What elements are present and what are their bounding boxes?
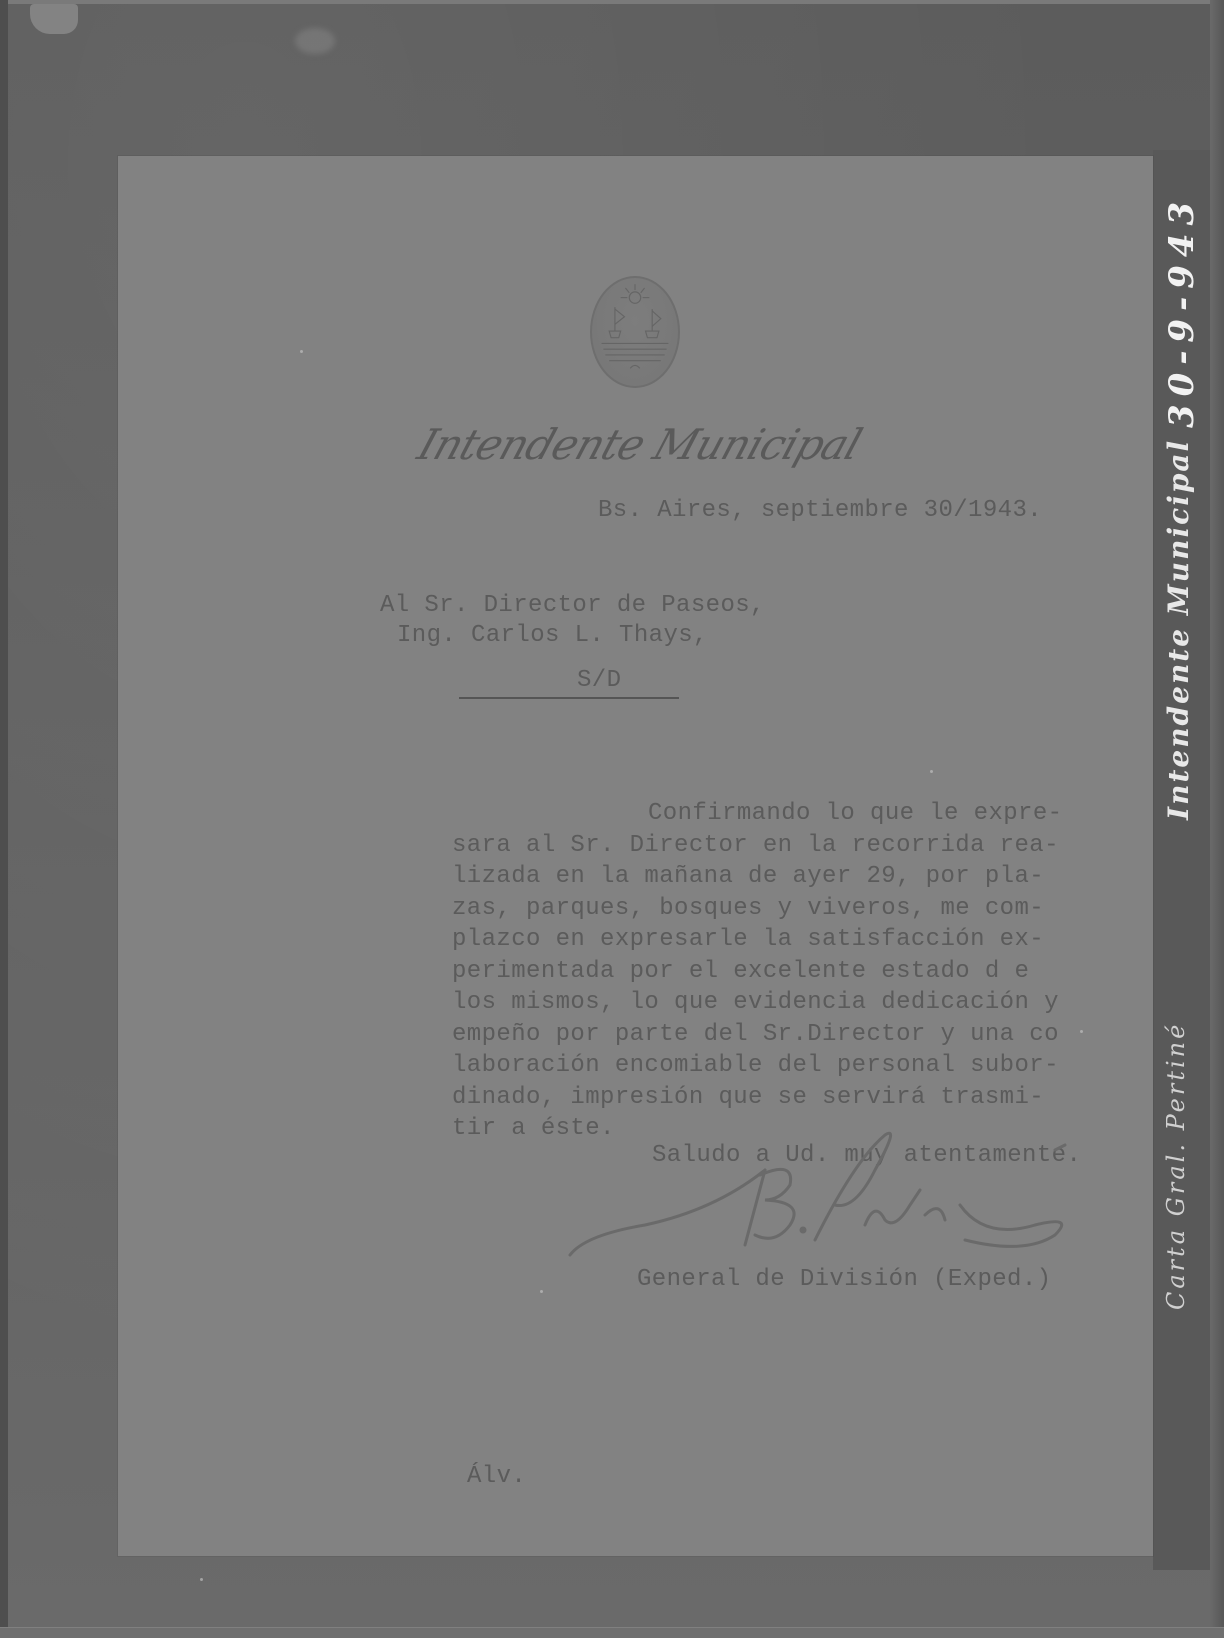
margin-annotation-title: Intendente Municipal bbox=[1162, 480, 1202, 820]
body-line: los mismos, lo que evidencia dedicación … bbox=[452, 987, 1092, 1019]
date-line: Bs. Aires, septiembre 30/1943. bbox=[598, 497, 1042, 524]
film-edge-right bbox=[1210, 0, 1224, 1638]
letter-body: Confirmando lo que le expre- sara al Sr.… bbox=[452, 798, 1092, 1145]
body-line: empeño por parte del Sr.Director y una c… bbox=[452, 1019, 1092, 1051]
handwritten-signature: B. Pertiné bbox=[565, 1130, 1085, 1260]
body-line: plazco en expresarle la satisfacción ex- bbox=[452, 924, 1092, 956]
body-line: zas, parques, bosques y viveros, me com- bbox=[452, 893, 1092, 925]
dust-speck bbox=[1080, 1030, 1083, 1033]
dust-speck bbox=[540, 1290, 543, 1293]
seal-emblem-icon bbox=[592, 278, 678, 386]
recipient-line: Al Sr. Director de Paseos, bbox=[380, 592, 765, 619]
body-line: perimentada por el excelente estado d e bbox=[452, 956, 1092, 988]
body-line: dinado, impresión que se servirá trasmi- bbox=[452, 1082, 1092, 1114]
film-smudge bbox=[295, 28, 335, 54]
recipient-line: Ing. Carlos L. Thays, bbox=[397, 622, 708, 649]
recipient-underline bbox=[459, 697, 679, 699]
signatory-title: General de División (Exped.) bbox=[637, 1266, 1051, 1293]
typist-initials: Álv. bbox=[467, 1463, 526, 1490]
dust-speck bbox=[300, 350, 303, 353]
margin-annotation-caption: Carta Gral. Pertiné bbox=[1162, 920, 1202, 1310]
dust-speck bbox=[200, 1578, 203, 1581]
film-smudge bbox=[30, 4, 78, 34]
body-line: laboración encomiable del personal subor… bbox=[452, 1050, 1092, 1082]
body-line: lizada en la mañana de ayer 29, por pla- bbox=[452, 861, 1092, 893]
signature-stroke-icon bbox=[565, 1130, 1085, 1260]
letterhead-title: Intendente Municipal bbox=[412, 420, 867, 469]
city-seal-icon bbox=[590, 276, 680, 388]
body-line: sara al Sr. Director en la recorrida rea… bbox=[452, 830, 1092, 862]
dust-speck bbox=[930, 770, 933, 773]
recipient-line: S/D bbox=[577, 667, 621, 694]
film-edge-left bbox=[0, 0, 8, 1638]
margin-annotation-date: 30-9-943 bbox=[1162, 168, 1202, 428]
film-edge-top bbox=[0, 0, 1224, 4]
body-line: Confirmando lo que le expre- bbox=[452, 798, 1092, 830]
film-edge-bottom bbox=[0, 1627, 1224, 1638]
